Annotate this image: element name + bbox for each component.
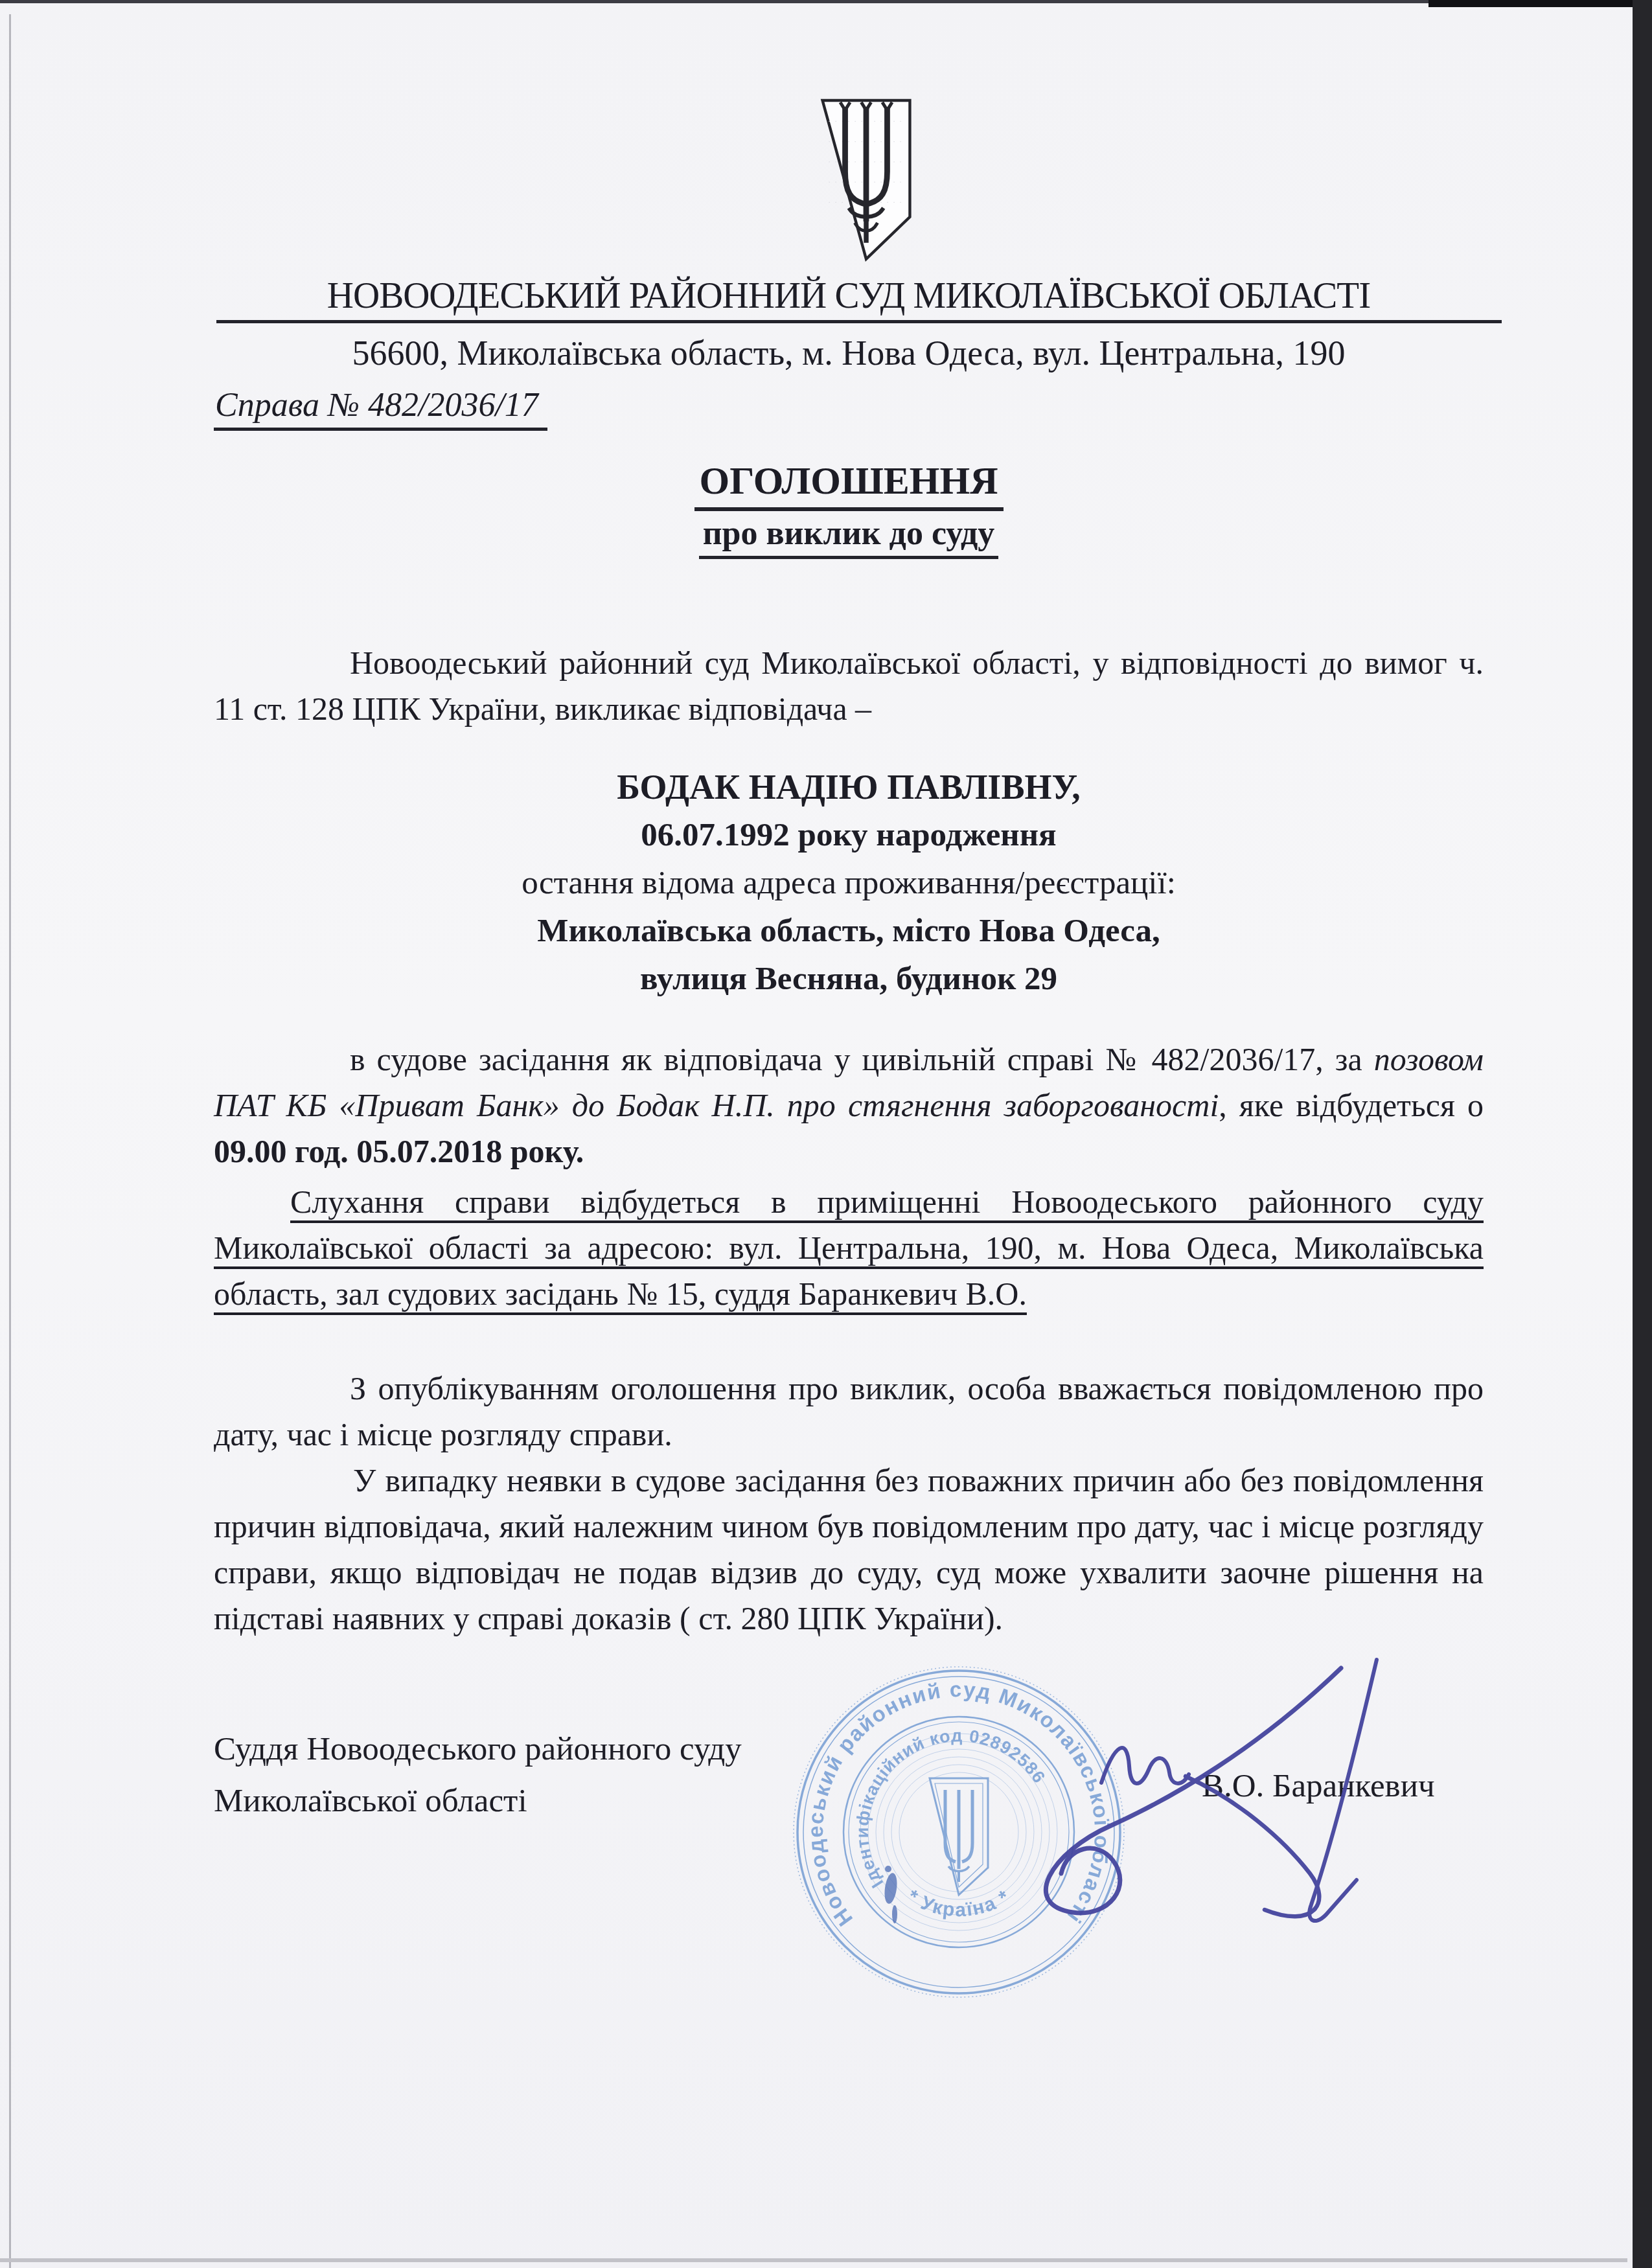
case-number-text: Справа № 482/2036/17 xyxy=(214,387,547,431)
hearing-location-paragraph: Слухання справи відбудеться в приміщенні… xyxy=(214,1179,1484,1317)
publication-paragraph: З опублікуванням оголошення про виклик, … xyxy=(214,1366,1484,1458)
case-paragraph: в судове засідання як відповідача у циві… xyxy=(214,1037,1484,1174)
case-paragraph-start: в судове засідання як відповідача у циві… xyxy=(350,1041,1374,1077)
court-address: 56600, Миколаївська область, м. Нова Оде… xyxy=(214,333,1484,373)
signature-title-block: Суддя Новоодеського районного суду Микол… xyxy=(214,1723,742,1827)
defendant-block: БОДАК НАДІЮ ПАВЛІВНУ, 06.07.1992 року на… xyxy=(214,763,1484,1003)
scanned-court-document: НОВООДЕСЬКИЙ РАЙОННИЙ СУД МИКОЛАЇВСЬКОЇ … xyxy=(0,0,1652,2268)
defendant-address-line2: вулиця Весняна, будинок 29 xyxy=(214,955,1484,1003)
document-subtitle: про виклик до суду xyxy=(214,514,1484,553)
signature-title-line2: Миколаївської області xyxy=(214,1775,742,1827)
defendant-address-label: остання відома адреса проживання/реєстра… xyxy=(214,859,1484,907)
default-judgment-paragraph: У випадку неявки в судове засідання без … xyxy=(214,1458,1484,1642)
defendant-name: БОДАК НАДІЮ ПАВЛІВНУ, xyxy=(214,763,1484,811)
defendant-birth-date: 06.07.1992 року народження xyxy=(214,811,1484,859)
scan-edge-right xyxy=(1633,0,1652,2268)
intro-paragraph: Новоодеський районний суд Миколаївської … xyxy=(214,640,1484,732)
ukraine-trident-emblem xyxy=(818,97,915,263)
hearing-datetime: 09.00 год. 05.07.2018 року. xyxy=(214,1133,584,1169)
signature-title-line1: Суддя Новоодеського районного суду xyxy=(214,1723,742,1775)
header-divider xyxy=(216,320,1502,323)
scan-edge-left xyxy=(9,14,11,2268)
case-number: Справа № 482/2036/17 xyxy=(214,386,547,424)
court-name: НОВООДЕСЬКИЙ РАЙОННИЙ СУД МИКОЛАЇВСЬКОЇ … xyxy=(214,275,1484,317)
document-title: ОГОЛОШЕННЯ xyxy=(214,459,1484,503)
scan-edge-bottom xyxy=(0,2258,1627,2262)
scan-edge-top xyxy=(0,0,1652,3)
defendant-address-line1: Миколаївська область, місто Нова Одеса, xyxy=(214,907,1484,955)
judge-signature xyxy=(894,1632,1412,1969)
scan-edge-top-right xyxy=(1428,0,1652,7)
case-paragraph-mid: , яке відбудеться о xyxy=(1219,1087,1484,1123)
